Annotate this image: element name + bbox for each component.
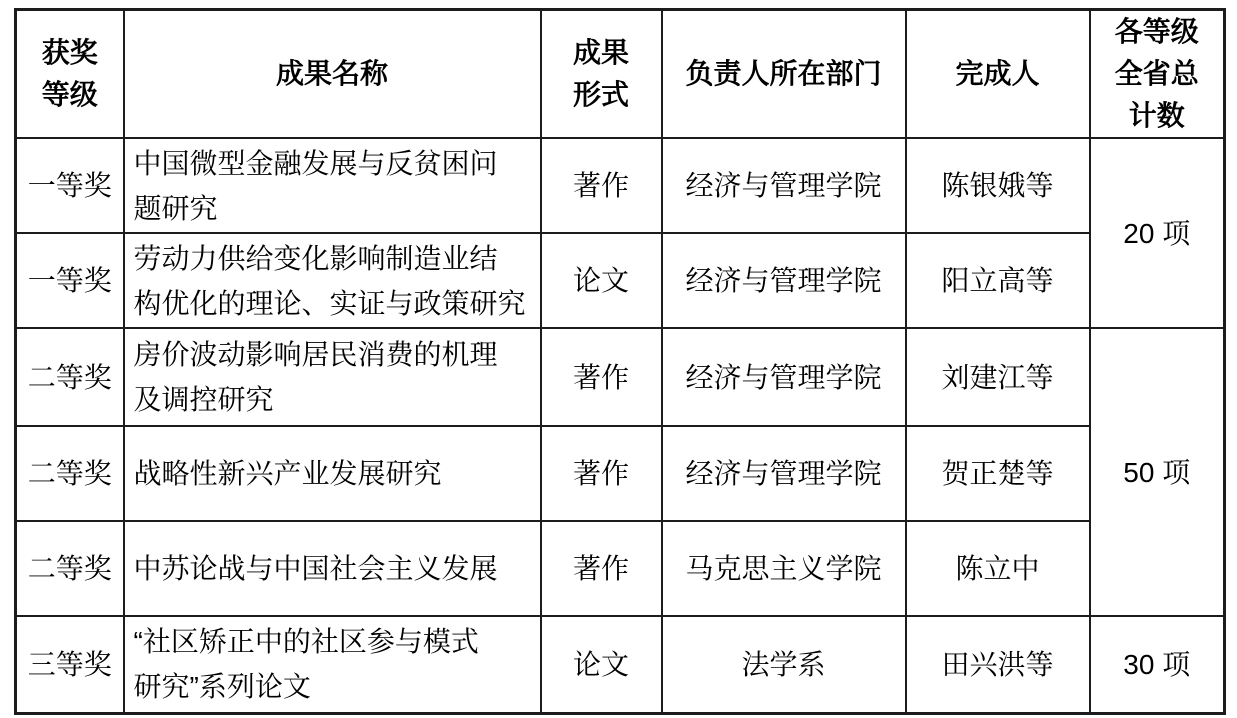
table-body: 一等奖 中国微型金融发展与反贫困问 题研究 著作 经济与管理学院 陈银娥等 20… [16,138,1225,713]
cell-department: 经济与管理学院 [662,328,906,426]
cell-achievement-form: 论文 [541,616,662,713]
cell-achievement-name: “社区矫正中的社区参与模式 研究”系列论文 [124,616,541,713]
table-row: 二等奖 战略性新兴产业发展研究 著作 经济与管理学院 贺正楚等 [16,426,1225,521]
cell-achievement-name: 房价波动影响居民消费的机理 及调控研究 [124,328,541,426]
cell-completers: 贺正楚等 [906,426,1090,521]
cell-completers: 田兴洪等 [906,616,1090,713]
header-achievement-name: 成果名称 [124,10,541,139]
cell-completers: 刘建江等 [906,328,1090,426]
cell-department: 经济与管理学院 [662,426,906,521]
table-row: 一等奖 中国微型金融发展与反贫困问 题研究 著作 经济与管理学院 陈银娥等 20… [16,138,1225,233]
cell-achievement-form: 著作 [541,138,662,233]
document-page: 获奖 等级 成果名称 成果 形式 负责人所在部门 完成人 各等级 全省总 计数 … [0,0,1237,718]
table-row: 三等奖 “社区矫正中的社区参与模式 研究”系列论文 论文 法学系 田兴洪等 30… [16,616,1225,713]
cell-award-level: 三等奖 [16,616,124,713]
cell-award-level: 二等奖 [16,328,124,426]
table-row: 二等奖 房价波动影响居民消费的机理 及调控研究 著作 经济与管理学院 刘建江等 … [16,328,1225,426]
cell-achievement-name: 战略性新兴产业发展研究 [124,426,541,521]
cell-department: 法学系 [662,616,906,713]
cell-award-level: 一等奖 [16,233,124,328]
cell-completers: 阳立高等 [906,233,1090,328]
cell-achievement-form: 著作 [541,328,662,426]
cell-province-total: 50 项 [1090,328,1225,616]
cell-achievement-form: 著作 [541,426,662,521]
cell-award-level: 二等奖 [16,521,124,616]
cell-department: 经济与管理学院 [662,138,906,233]
cell-province-total: 20 项 [1090,138,1225,328]
table-header: 获奖 等级 成果名称 成果 形式 负责人所在部门 完成人 各等级 全省总 计数 [16,10,1225,139]
header-achievement-form: 成果 形式 [541,10,662,139]
table-row: 一等奖 劳动力供给变化影响制造业结 构优化的理论、实证与政策研究 论文 经济与管… [16,233,1225,328]
cell-achievement-form: 著作 [541,521,662,616]
cell-achievement-name: 劳动力供给变化影响制造业结 构优化的理论、实证与政策研究 [124,233,541,328]
header-row: 获奖 等级 成果名称 成果 形式 负责人所在部门 完成人 各等级 全省总 计数 [16,10,1225,139]
cell-department: 马克思主义学院 [662,521,906,616]
header-province-total: 各等级 全省总 计数 [1090,10,1225,139]
cell-achievement-name: 中苏论战与中国社会主义发展 [124,521,541,616]
awards-table: 获奖 等级 成果名称 成果 形式 负责人所在部门 完成人 各等级 全省总 计数 … [14,8,1226,715]
header-award-level: 获奖 等级 [16,10,124,139]
cell-department: 经济与管理学院 [662,233,906,328]
cell-completers: 陈立中 [906,521,1090,616]
header-department: 负责人所在部门 [662,10,906,139]
cell-achievement-form: 论文 [541,233,662,328]
table-row: 二等奖 中苏论战与中国社会主义发展 著作 马克思主义学院 陈立中 [16,521,1225,616]
header-completers: 完成人 [906,10,1090,139]
cell-completers: 陈银娥等 [906,138,1090,233]
cell-award-level: 一等奖 [16,138,124,233]
cell-achievement-name: 中国微型金融发展与反贫困问 题研究 [124,138,541,233]
cell-award-level: 二等奖 [16,426,124,521]
cell-province-total: 30 项 [1090,616,1225,713]
